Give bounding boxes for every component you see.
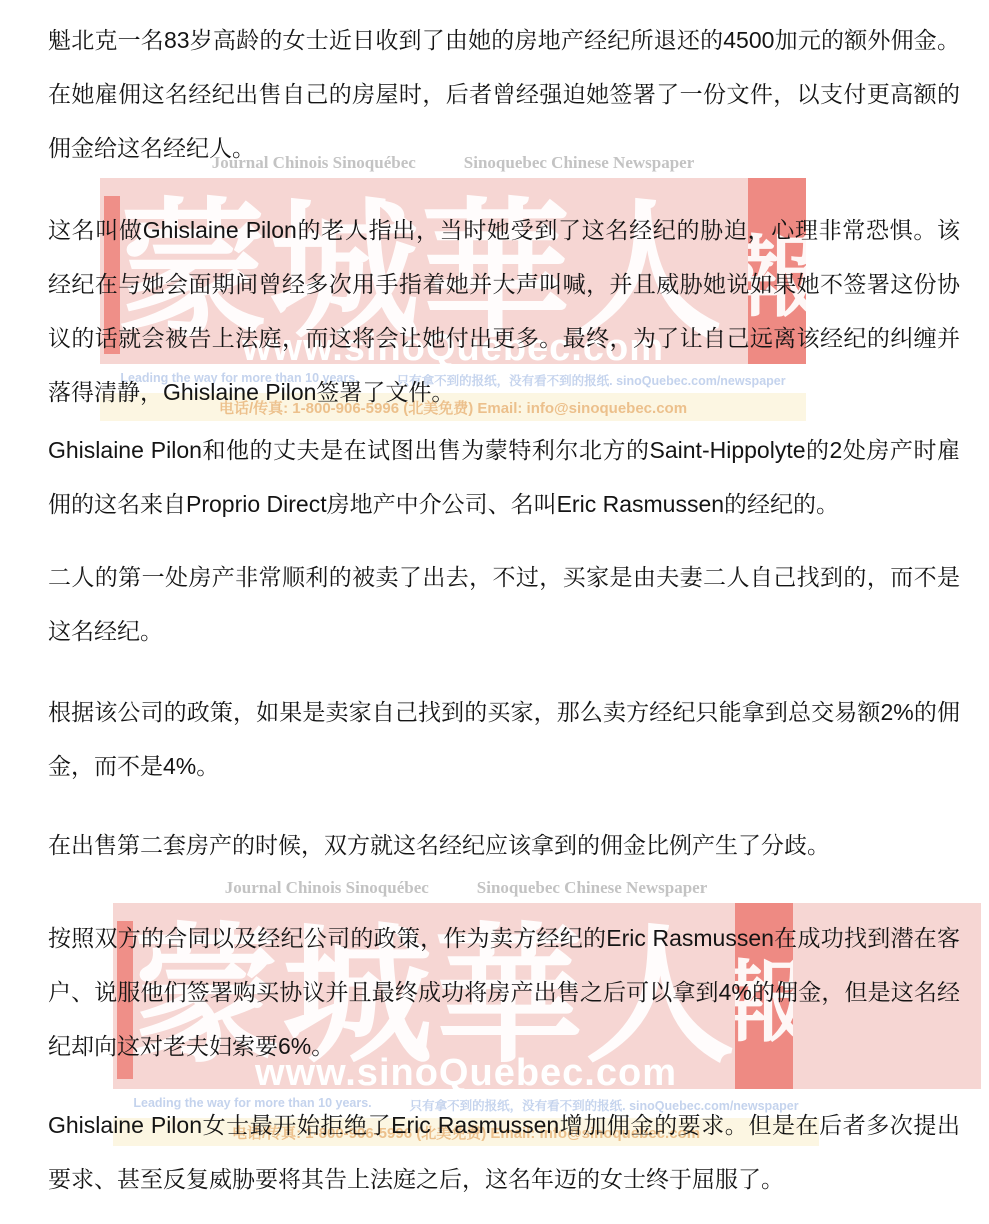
article-paragraph: 按照双方的合同以及经纪公司的政策，作为卖方经纪的Eric Rasmussen在成… (48, 911, 960, 1073)
article-paragraph: 根据该公司的政策，如果是卖家自己找到的买家，那么卖方经纪只能拿到总交易额2%的佣… (48, 685, 960, 793)
article-paragraph: 二人的第一处房产非常顺利的被卖了出去，不过，买家是由夫妻二人自己找到的，而不是这… (48, 550, 960, 658)
article-paragraph: Ghislaine Pilon和他的丈夫是在试图出售为蒙特利尔北方的Saint-… (48, 423, 960, 531)
article-page: Journal Chinois Sinoquébec Sinoquebec Ch… (0, 0, 989, 1224)
article-paragraph: 在出售第二套房产的时候，双方就这名经纪应该拿到的佣金比例产生了分歧。 (48, 818, 960, 872)
article-body: 魁北克一名83岁高龄的女士近日收到了由她的房地产经纪所退还的4500加元的额外佣… (0, 0, 989, 1224)
article-paragraph: 这名叫做Ghislaine Pilon的老人指出，当时她受到了这名经纪的胁迫，心… (48, 203, 960, 419)
article-paragraph: 魁北克一名83岁高龄的女士近日收到了由她的房地产经纪所退还的4500加元的额外佣… (48, 13, 960, 175)
article-paragraph: Ghislaine Pilon女士最开始拒绝了Eric Rasmussen增加佣… (48, 1098, 960, 1206)
